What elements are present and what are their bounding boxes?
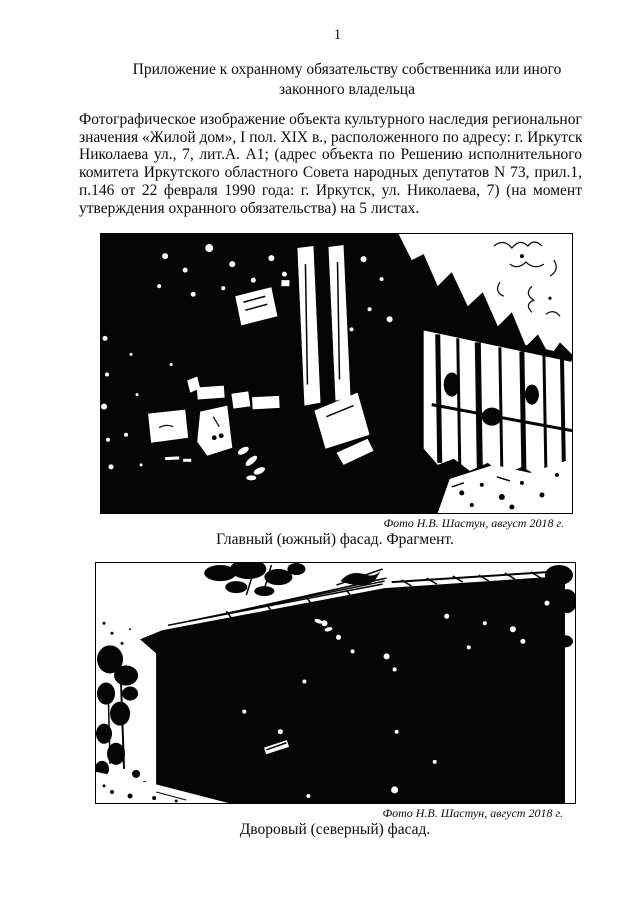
photo-credit: Фото Н.В. Шастун, август 2018 г. (100, 516, 564, 531)
document-page: 1 Приложение к охранному обязательству с… (0, 0, 639, 905)
paragraph-line: Фотографическое изображение объекта куль… (79, 111, 582, 129)
paragraph-line: утверждения охранного обязательства) на … (79, 200, 582, 218)
paragraph-line: комитета Иркутского областного Совета на… (79, 164, 582, 182)
figure-caption-north: Дворовый (северный) фасад. (70, 821, 600, 839)
document-title-line-1: Приложение к охранному обязательству соб… (87, 60, 607, 80)
figure-south-facade (100, 233, 573, 514)
page-number: 1 (36, 27, 639, 44)
paragraph-line: п.146 от 22 февраля 1990 года: г. Иркутс… (79, 182, 582, 200)
figure-north-facade (95, 562, 576, 804)
body-paragraph: Фотографическое изображение объекта куль… (79, 111, 582, 217)
paragraph-line: значения «Жилой дом», I пол. XIX в., рас… (79, 129, 582, 147)
photo-north-facade-image (96, 563, 575, 803)
document-title-line-2: законного владельца (87, 80, 607, 100)
paragraph-line: Николаева ул., 7, лит.А. А1; (адрес объе… (79, 146, 582, 164)
document-title: Приложение к охранному обязательству соб… (87, 60, 607, 99)
photo-credit: Фото Н.В. Шастун, август 2018 г. (95, 806, 563, 821)
figure-caption-south: Главный (южный) фасад. Фрагмент. (70, 531, 600, 549)
photo-south-facade-image (101, 234, 572, 513)
